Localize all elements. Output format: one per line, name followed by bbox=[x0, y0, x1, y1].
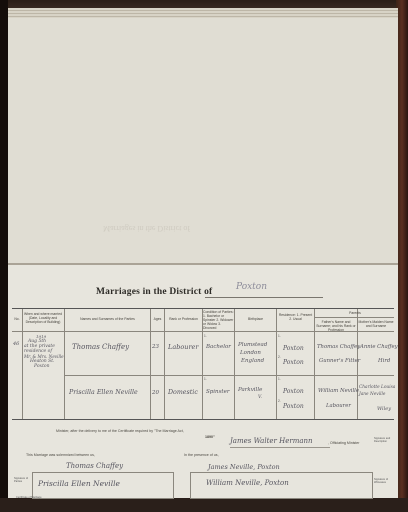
presence-label: In the presence of us, bbox=[184, 453, 219, 457]
witness-signature-2: William Neville, Poxton bbox=[206, 479, 289, 487]
bride-birthplace-2: V. bbox=[258, 395, 262, 400]
district-underline bbox=[205, 297, 323, 298]
bride-mother-name: Charlotte Louisa Jane Neville bbox=[359, 384, 397, 398]
minister-statement: Minister, after the delivery to me of th… bbox=[56, 429, 184, 433]
bride-condition: Spinster bbox=[206, 389, 230, 395]
groom-residence-usual: Poxton bbox=[283, 359, 304, 366]
bleed-through-text: Marriages in the District of bbox=[103, 224, 190, 233]
groom-mother-extra: Hird bbox=[378, 358, 390, 364]
witness-signature-1: James Neville, Poxton bbox=[208, 463, 280, 471]
header-no: No. bbox=[12, 317, 22, 321]
bride-father-rank: Labourer bbox=[326, 403, 351, 409]
groom-birthplace-1: Plumstead bbox=[238, 342, 267, 348]
party-signature-bride: Priscilla Ellen Neville bbox=[38, 479, 120, 488]
bride-residence-present: Poxton bbox=[283, 388, 304, 395]
groom-rank: Labourer bbox=[168, 343, 199, 351]
margin-note: Certificate of Marriage bbox=[16, 496, 42, 499]
party-signature-groom: Thomas Chaffey bbox=[66, 462, 123, 470]
bride-age: 20 bbox=[152, 390, 159, 396]
groom-name: Thomas Chaffey bbox=[72, 343, 129, 351]
bride-name: Priscilla Ellen Neville bbox=[69, 389, 138, 396]
bride-rank: Domestic bbox=[168, 389, 198, 396]
header-names: Names and Surnames of the Parties bbox=[65, 317, 150, 321]
bride-father-name: William Neville bbox=[318, 388, 359, 394]
header-condition: Condition of Parties: 1. Bachelor or Spi… bbox=[203, 310, 234, 330]
act-year: 1890" bbox=[205, 435, 215, 439]
when-where-cell: 1919 Aug 5th at the private residence of… bbox=[24, 334, 64, 369]
header-residence: Residence: 1. Present 2. Usual bbox=[277, 313, 314, 321]
header-parents: Parents bbox=[315, 311, 395, 315]
groom-birthplace-2: London bbox=[240, 350, 261, 356]
book-spine-left bbox=[0, 0, 8, 512]
solemnized-label: This Marriage was solemnized between us, bbox=[26, 453, 95, 457]
bride-birthplace-1: Parkville bbox=[238, 387, 262, 393]
register-page: Marriages in the District of Marriages i… bbox=[8, 18, 398, 498]
groom-birthplace-3: England bbox=[241, 358, 264, 364]
header-birthplace: Birthplace bbox=[235, 317, 276, 321]
facing-page-area: Marriages in the District of bbox=[8, 18, 398, 263]
groom-age: 23 bbox=[152, 344, 159, 350]
groom-mother-name: Annie Chaffey bbox=[360, 344, 398, 350]
header-rank: Rank or Profession bbox=[165, 317, 202, 321]
header-ages: Ages bbox=[151, 317, 164, 321]
groom-father-name: Thomas Chaffey bbox=[317, 344, 360, 350]
register-title: Marriages in the District of bbox=[96, 287, 212, 297]
header-when-where: When and where married (Date, Locality a… bbox=[23, 312, 63, 324]
witness-side-label: Signature of Witnesses bbox=[374, 478, 392, 484]
header-father: Father's Name and Surname; and his Rank … bbox=[315, 320, 357, 332]
book-cover-bottom bbox=[0, 498, 408, 512]
header-mother: Mother's Maiden Name and Surname bbox=[358, 320, 394, 328]
bride-mother-extra: Wiley bbox=[377, 406, 391, 412]
groom-father-rank: Gunner's Fitter bbox=[319, 358, 360, 364]
minister-signature: James Walter Hermann bbox=[230, 437, 313, 445]
groom-condition: Bachelor bbox=[206, 344, 231, 350]
party-side-label: Signature of Parties bbox=[14, 477, 30, 483]
marriage-register-form: Marriages in the District of Poxton No. … bbox=[8, 265, 398, 498]
district-name: Poxton bbox=[236, 282, 267, 292]
bride-residence-usual: Poxton bbox=[283, 403, 304, 410]
minister-description-note: Signature and Description bbox=[374, 437, 392, 443]
register-table: No. When and where married (Date, Locali… bbox=[12, 308, 394, 420]
officiating-minister-label: , Officiating Minister bbox=[328, 441, 360, 445]
entry-number: 46 bbox=[13, 341, 19, 347]
groom-residence-present: Poxton bbox=[283, 345, 304, 352]
